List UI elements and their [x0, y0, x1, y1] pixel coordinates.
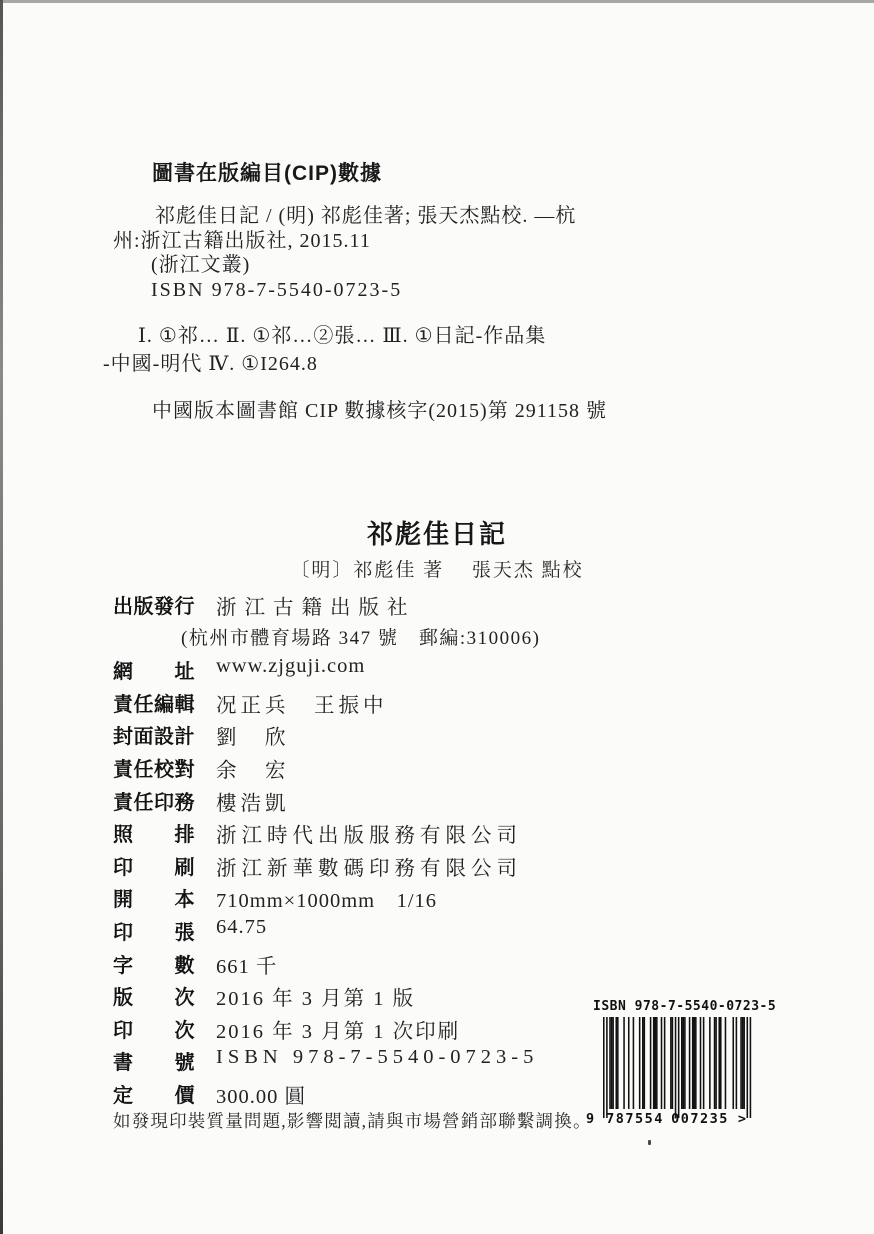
colophon-label: 版 次 — [113, 981, 197, 1010]
cip-description: 祁彪佳日記 / (明) 祁彪佳著; 張天杰點校. —杭州:浙江古籍出版社, 20… — [113, 204, 576, 302]
colophon-row: 責任印務樓浩凱 — [113, 786, 673, 819]
quality-note: 如發現印裝質量問題,影響閲讀,請與市場營銷部聯繫調換。 — [113, 1108, 592, 1133]
cip-classification: Ⅰ. ①祁… Ⅱ. ①祁…②張… Ⅲ. ①日記-作品集-中國-明代 Ⅳ. ①I2… — [103, 323, 546, 378]
colophon-subrow: (杭州市體育場路 347 號 郵編:310006) — [113, 623, 673, 656]
colophon-label: 出版發行 — [113, 590, 197, 619]
cip-line: 祁彪佳日記 / (明) 祁彪佳著; 張天杰點校. —杭 — [155, 204, 576, 229]
colophon-row: 責任編輯况正兵 王振中 — [113, 688, 673, 721]
colophon-value: 710mm×1000mm 1/16 — [216, 883, 437, 913]
colophon-value: 浙江時代出版服務有限公司 — [216, 818, 522, 848]
colophon-label: 印 張 — [113, 916, 197, 945]
colophon-value: 300.00 圓 — [216, 1079, 306, 1109]
barcode-digit-first: 9 — [586, 1111, 602, 1127]
barcode-digit-last: > — [732, 1111, 746, 1127]
colophon-row: 責任校對余 宏 — [113, 753, 673, 786]
colophon-label: 照 排 — [113, 818, 197, 847]
colophon-row: 照 排浙江時代出版服務有限公司 — [113, 818, 673, 851]
colophon-value: 64.75 — [216, 916, 267, 939]
cip-line: ISBN 978-7-5540-0723-5 — [151, 278, 576, 303]
colophon-label: 字 數 — [113, 949, 197, 978]
book-copyright-page: 圖書在版編目(CIP)數據 祁彪佳日記 / (明) 祁彪佳著; 張天杰點校. —… — [0, 0, 874, 1234]
colophon-row: 印 刷浙江新華數碼印務有限公司 — [113, 851, 673, 884]
book-title: 祁彪佳日記 — [0, 514, 874, 551]
colophon-value: 浙江古籍出版社 — [216, 590, 416, 620]
colophon-label: 網 址 — [113, 655, 197, 684]
colophon-value: 661 千 — [216, 949, 277, 979]
author-byline: 〔明〕祁彪佳 著 張天杰 點校 — [0, 555, 874, 582]
barcode-digit-group2: 007235 — [668, 1111, 732, 1127]
colophon-label: 封面設計 — [113, 720, 197, 749]
ink-speck — [648, 1140, 651, 1145]
colophon-value: 2016 年 3 月第 1 版 — [216, 981, 415, 1011]
colophon-value: 樓浩凱 — [216, 786, 290, 816]
cip-line: 州:浙江古籍出版社, 2015.11 — [113, 229, 576, 254]
scan-edge-top — [0, 0, 874, 3]
colophon-row: 出版發行浙江古籍出版社 — [113, 590, 673, 623]
cip-record-number: 中國版本圖書館 CIP 數據核字(2015)第 291158 號 — [152, 394, 607, 423]
cip-header: 圖書在版編目(CIP)數據 — [152, 157, 382, 187]
scan-edge-left — [0, 0, 3, 1234]
colophon-row: 印 張64.75 — [113, 916, 673, 949]
colophon-label: 書 號 — [113, 1046, 197, 1075]
colophon-value: 况正兵 王振中 — [216, 688, 388, 718]
colophon-value: 2016 年 3 月第 1 次印刷 — [216, 1014, 460, 1044]
colophon-row: 封面設計劉 欣 — [113, 720, 673, 753]
colophon-value: 劉 欣 — [216, 720, 290, 750]
barcode-isbn-text: ISBN 978-7-5540-0723-5 — [593, 999, 776, 1014]
colophon-value: 余 宏 — [216, 753, 290, 783]
colophon-label: 定 價 — [113, 1079, 197, 1108]
cip-line: Ⅰ. ①祁… Ⅱ. ①祁…②張… Ⅲ. ①日記-作品集 — [138, 323, 546, 351]
colophon-label: 責任校對 — [113, 753, 197, 782]
barcode-bars — [603, 1017, 755, 1120]
colophon-label: 印 次 — [113, 1014, 197, 1043]
colophon-value: 浙江新華數碼印務有限公司 — [216, 851, 522, 881]
cip-line: -中國-明代 Ⅳ. ①I264.8 — [103, 351, 546, 379]
colophon-label: 責任印務 — [113, 786, 197, 815]
colophon-label: 開 本 — [113, 883, 197, 912]
colophon-row: 字 數661 千 — [113, 949, 673, 982]
colophon-label: 印 刷 — [113, 851, 197, 880]
cip-line: (浙江文叢) — [151, 253, 576, 278]
colophon-row: 開 本710mm×1000mm 1/16 — [113, 883, 673, 916]
colophon-label: 責任編輯 — [113, 688, 197, 717]
colophon-row: 網 址www.zjguji.com — [113, 655, 673, 688]
colophon-value: www.zjguji.com — [216, 655, 365, 678]
barcode-digit-group1: 787554 — [602, 1111, 668, 1127]
isbn-barcode: ISBN 978-7-5540-0723-5 9 787554 007235 > — [586, 999, 776, 1127]
colophon-sub-value: (杭州市體育場路 347 號 郵編:310006) — [181, 623, 540, 650]
colophon-value: ISBN 978-7-5540-0723-5 — [216, 1046, 538, 1069]
